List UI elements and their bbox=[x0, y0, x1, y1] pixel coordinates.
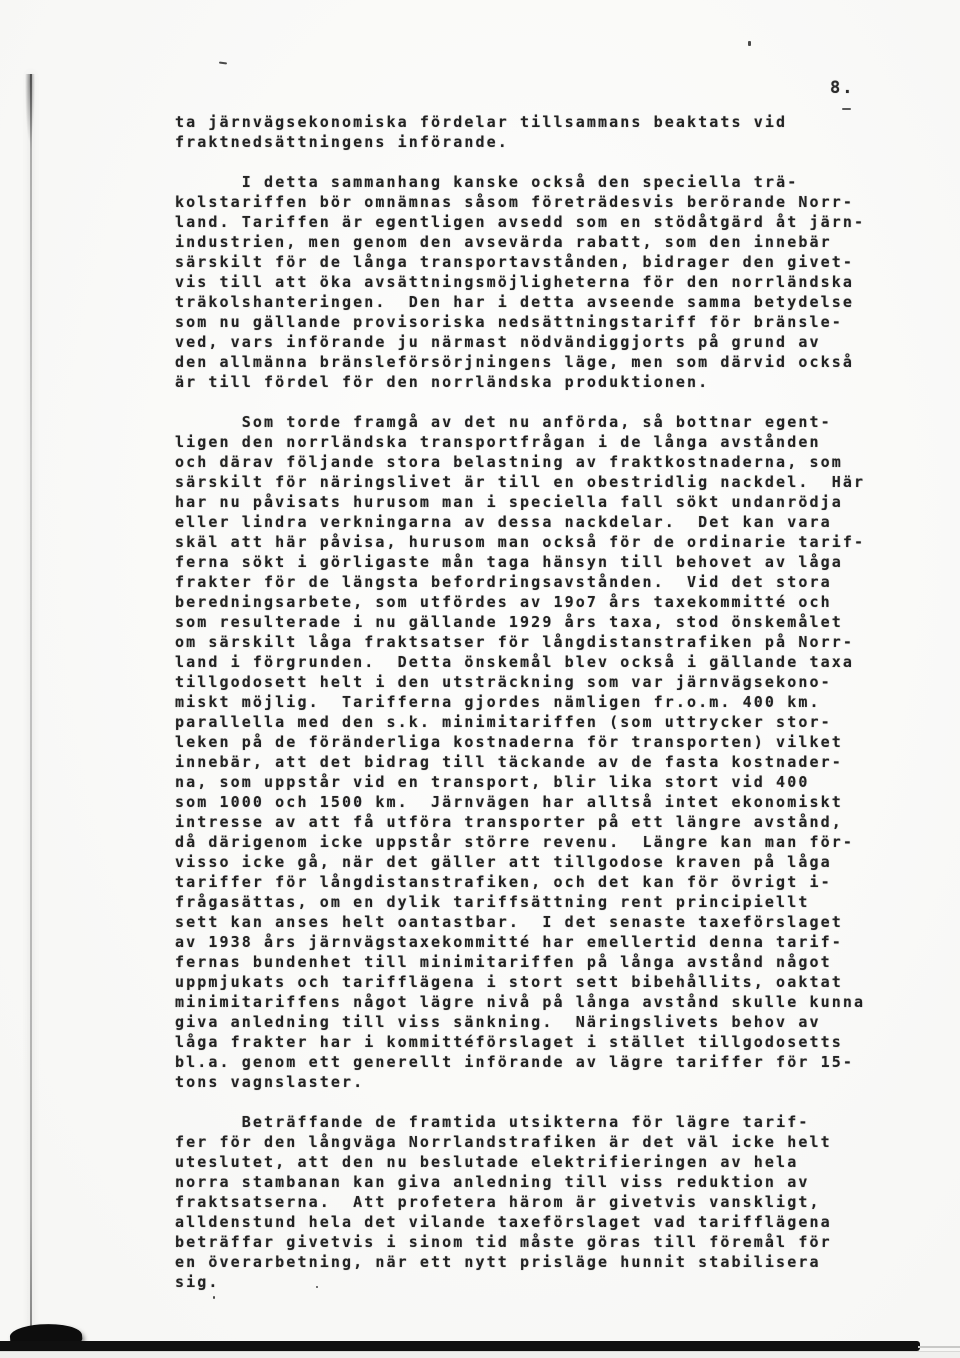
scan-speck bbox=[316, 1286, 318, 1288]
scan-speck bbox=[842, 108, 851, 110]
scan-edge-bar-tail bbox=[918, 1346, 960, 1348]
paragraph-framtida-utsikter: Beträffande de framtida utsikterna för l… bbox=[175, 1112, 885, 1292]
scan-speck bbox=[748, 41, 751, 46]
paragraph-trakolstariff: I detta sammanhang kanske också den spec… bbox=[175, 172, 885, 392]
typewritten-text-block: ta järnvägsekonomiska fördelar tillsamma… bbox=[175, 112, 885, 1292]
scan-speck bbox=[213, 1296, 215, 1299]
scan-edge-bar bbox=[0, 1341, 920, 1351]
scan-scratch-line bbox=[30, 74, 32, 1342]
scan-bottom-strip bbox=[0, 1351, 960, 1358]
scan-speck bbox=[219, 61, 227, 64]
document-scan-page: 8. ta järnvägsekonomiska fördelar tillsa… bbox=[0, 0, 960, 1358]
paragraph-transportfragan: Som torde framgå av det nu anförda, så b… bbox=[175, 412, 885, 1092]
scan-scratch-smudge bbox=[25, 74, 35, 144]
page-number: 8. bbox=[830, 78, 854, 98]
paragraph-continuation: ta järnvägsekonomiska fördelar tillsamma… bbox=[175, 112, 885, 152]
